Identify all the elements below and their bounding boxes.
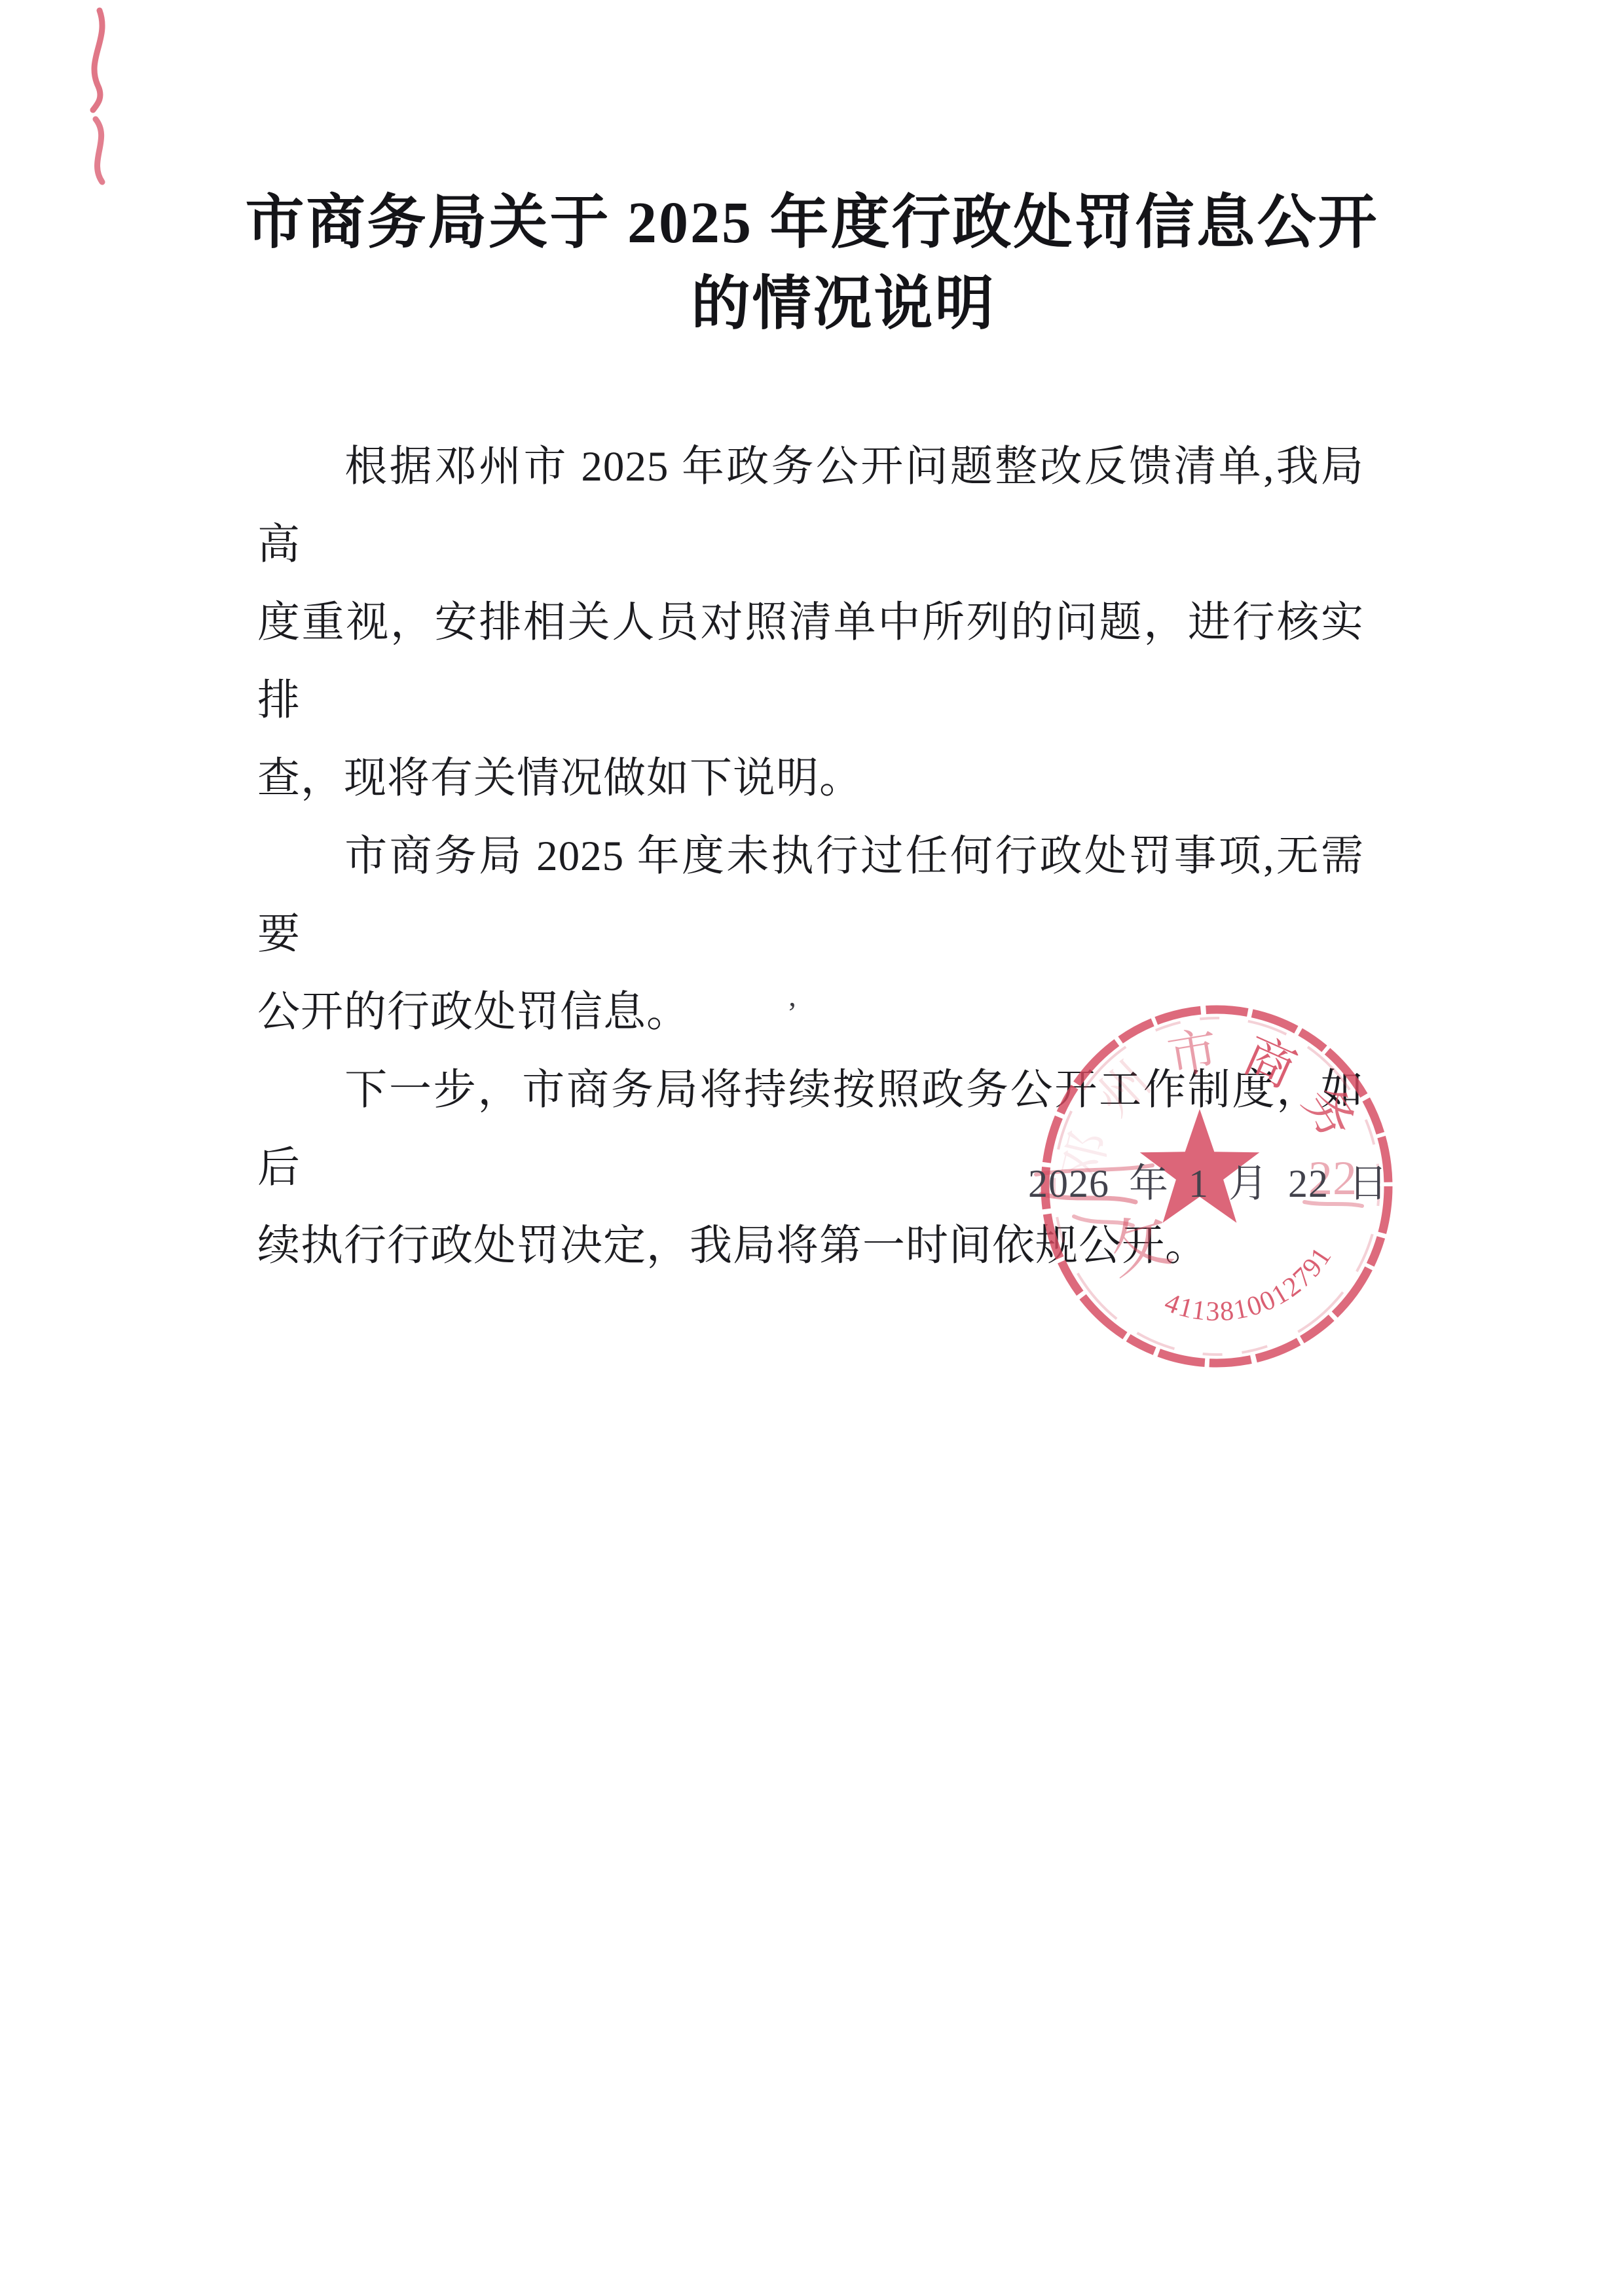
seal-code-text: 4113810012791 (1160, 1241, 1338, 1327)
paragraph-line: 查，现将有关情况做如下说明。 (257, 740, 1364, 818)
corner-mark (77, 5, 162, 195)
scan-speck: ’ (787, 998, 797, 1028)
document-title-line-1: 市商务局关于 2025 年度行政处罚信息公开 (0, 194, 1624, 253)
corner-mark-stroke (96, 119, 102, 182)
corner-mark-stroke (93, 10, 102, 110)
paragraph-line: 度重视，安排相关人员对照清单中所列的问题，进行核实排 (257, 584, 1364, 740)
date-text: 2026 年 1 月 22 日 (1028, 1164, 1388, 1203)
paragraph-line: 市商务局 2025 年度未执行过任何行政处罚事项,无需要 (257, 818, 1364, 974)
document-page: 市商务局关于 2025 年度行政处罚信息公开 的情况说明 根据邓州市 2025 … (0, 0, 1624, 2296)
document-title-line-2: 的情况说明 (31, 275, 1624, 334)
paragraph-line: 根据邓州市 2025 年政务公开问题整改反馈清单,我局高 (257, 428, 1364, 584)
